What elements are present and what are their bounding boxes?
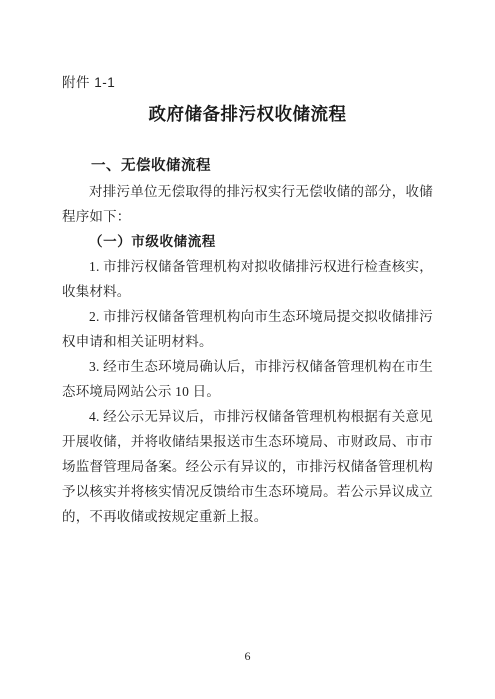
- document-body: 对排污单位无偿取得的排污权实行无偿收储的部分，收储程序如下： （一）市级收储流程…: [62, 179, 433, 529]
- document-title: 政府储备排污权收储流程: [62, 102, 433, 126]
- section-heading: 一、无偿收储流程: [62, 154, 433, 179]
- sub-section-heading: （一）市级收储流程: [62, 229, 433, 254]
- paragraph-step-4: 4. 经公示无异议后，市排污权储备管理机构根据有关意见开展收储，并将收储结果报送…: [62, 404, 433, 529]
- paragraph-step-2: 2. 市排污权储备管理机构向市生态环境局提交拟收储排污权申请和相关证明材料。: [62, 304, 433, 354]
- document-page: 附件 1-1 政府储备排污权收储流程 一、无偿收储流程 对排污单位无偿取得的排污…: [0, 0, 495, 699]
- paragraph-step-3: 3. 经市生态环境局确认后，市排污权储备管理机构在市生态环境局网站公示 10 日…: [62, 354, 433, 404]
- paragraph-intro: 对排污单位无偿取得的排污权实行无偿收储的部分，收储程序如下：: [62, 179, 433, 229]
- page-number: 6: [0, 649, 495, 663]
- attachment-label: 附件 1-1: [62, 73, 433, 92]
- paragraph-step-1: 1. 市排污权储备管理机构对拟收储排污权进行检查核实，收集材料。: [62, 254, 433, 304]
